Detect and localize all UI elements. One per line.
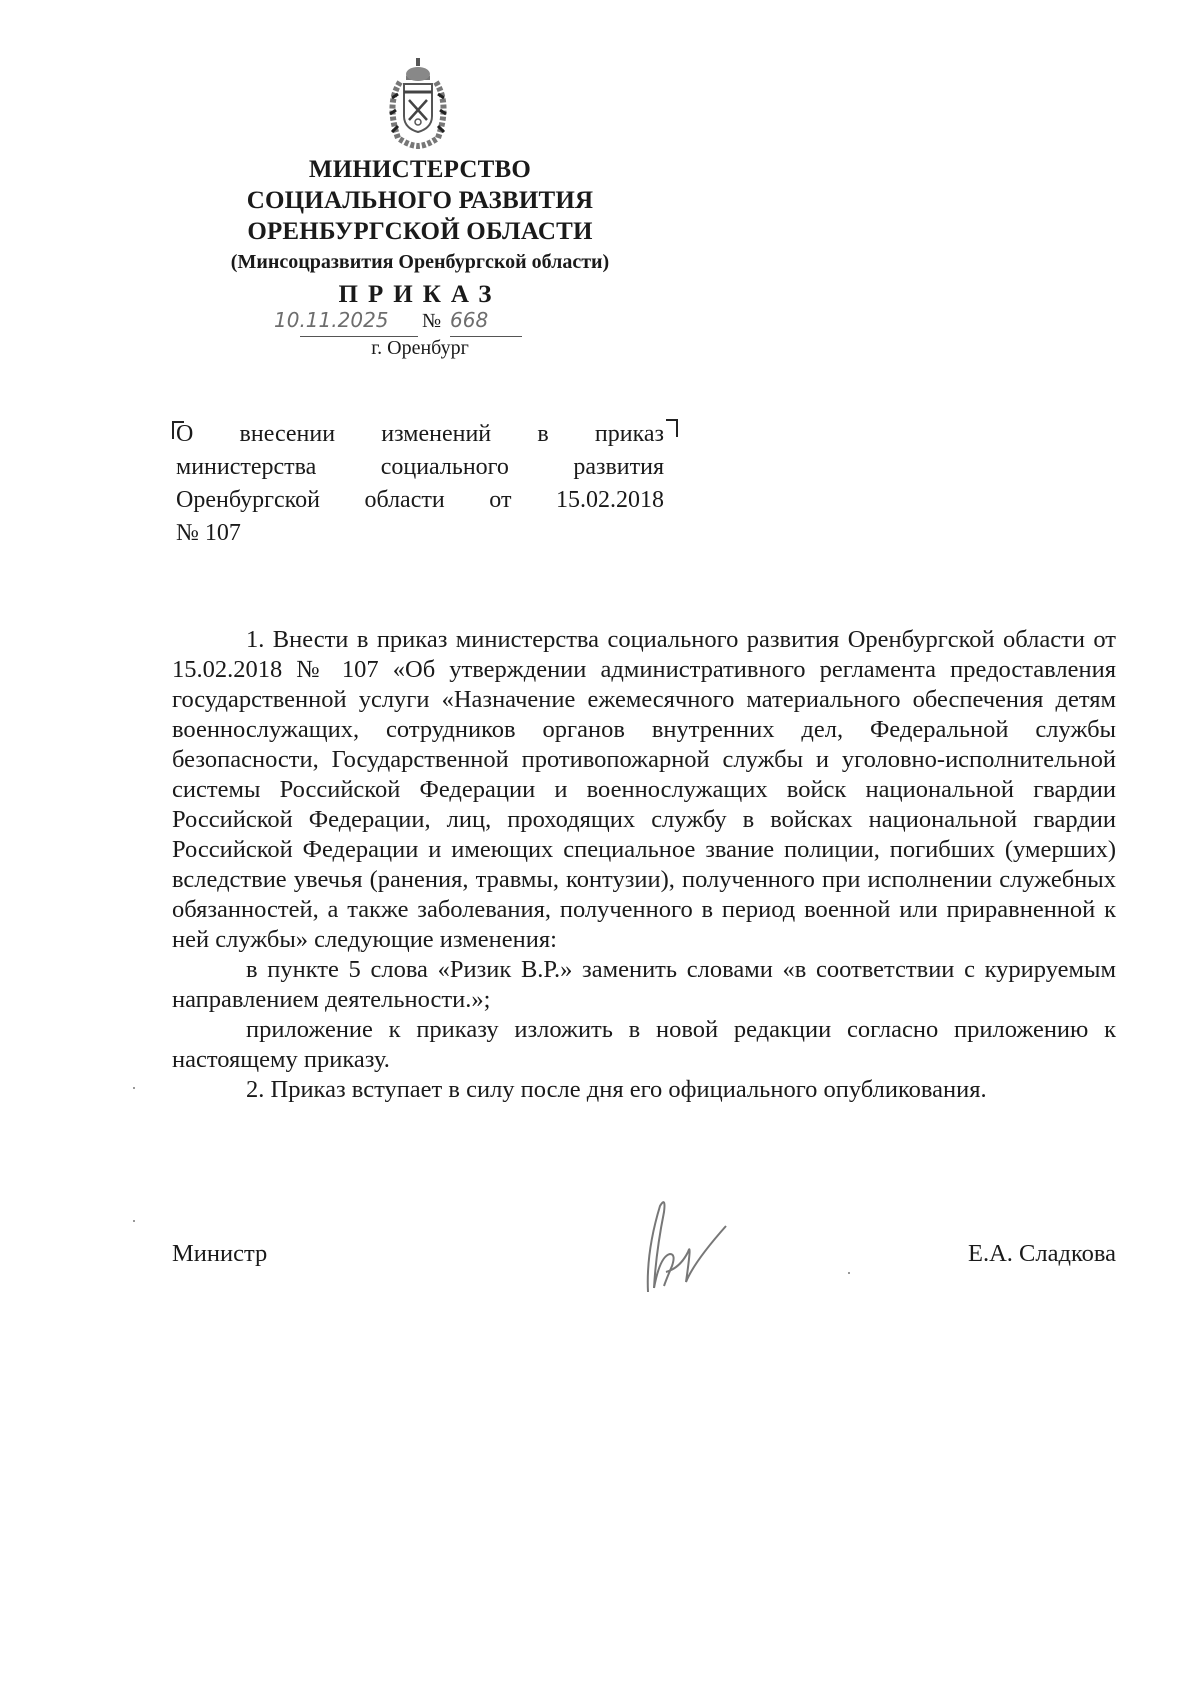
document-page: МИНИСТЕРСТВО СОЦИАЛЬНОГО РАЗВИТИЯ ОРЕНБУ… [0,0,1200,1691]
order-date: 10.11.2025 [274,308,389,332]
subject-line: Оренбургской области от 15.02.2018 [176,484,664,517]
paragraph: в пункте 5 слова «Ризик В.Р.» заменить с… [172,955,1116,1015]
scan-speck [133,1220,135,1222]
signatory-title: Министр [172,1240,267,1268]
order-number: 668 [450,308,488,332]
number-sign: № [422,310,441,333]
subject-bracket-right [666,419,678,437]
org-name-line: МИНИСТЕРСТВО [170,154,670,185]
date-number-line: 10.11.2025 № 668 [270,306,530,336]
city: г. Оренбург [170,337,670,360]
subject-line: О внесении изменений в приказ [176,418,664,451]
subject-line: министерства социального развития [176,451,664,484]
signature-block: Министр Е.А. Сладкова [172,1240,1116,1280]
org-name-line: СОЦИАЛЬНОГО РАЗВИТИЯ [170,185,670,216]
order-body: 1. Внести в приказ министерства социальн… [172,625,1116,1105]
order-subject: О внесении изменений в приказ министерст… [176,418,664,550]
coat-of-arms-icon [376,54,460,150]
scan-speck [848,1272,850,1274]
paragraph: приложение к приказу изложить в новой ре… [172,1015,1116,1075]
paragraph: 2. Приказ вступает в силу после дня его … [172,1075,1116,1105]
org-short-name: (Минсоцразвития Оренбургской области) [170,249,670,276]
scan-speck [133,1087,135,1089]
signatory-name: Е.А. Сладкова [968,1240,1116,1268]
org-name-line: ОРЕНБУРГСКОЙ ОБЛАСТИ [170,216,670,247]
paragraph: 1. Внести в приказ министерства социальн… [172,625,1116,955]
document-header: МИНИСТЕРСТВО СОЦИАЛЬНОГО РАЗВИТИЯ ОРЕНБУ… [170,154,670,310]
subject-line: № 107 [176,517,664,550]
